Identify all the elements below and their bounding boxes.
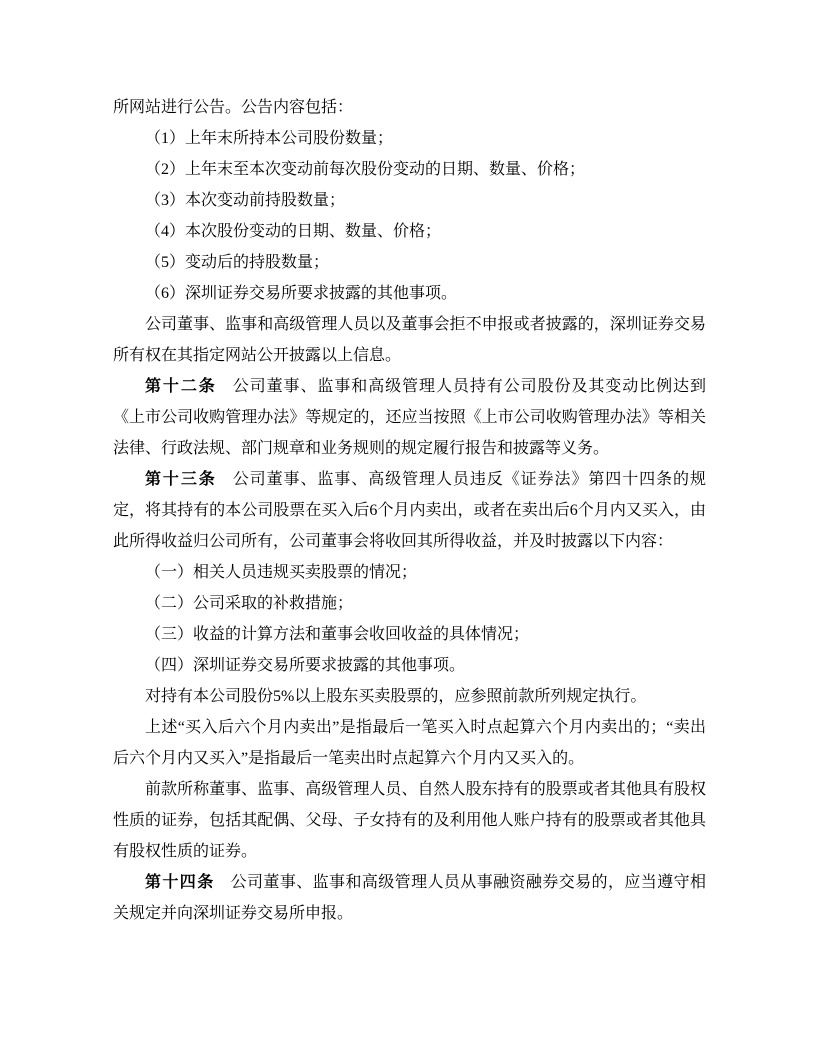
paragraph-text: （3）本次变动前持股数量； [145, 192, 345, 209]
article-number: 第十三条 [145, 471, 217, 488]
paragraph-text: （四）深圳证券交易所要求披露的其他事项。 [145, 657, 465, 674]
paragraph: （5）变动后的持股数量； [113, 247, 706, 278]
paragraph-text: （6）深圳证券交易所要求披露的其他事项。 [145, 285, 457, 302]
paragraph-text: （三）收益的计算方法和董事会收回收益的具体情况； [145, 626, 529, 643]
paragraph: 第十四条公司董事、监事和高级管理人员从事融资融券交易的，应当遵守相关规定并向深圳… [113, 867, 706, 929]
paragraph-text: 前款所称董事、监事、高级管理人员、自然人股东持有的股票或者其他具有股权性质的证券… [113, 781, 706, 860]
paragraph-text: 对持有本公司股份5%以上股东买卖股票的，应参照前款所列规定执行。 [145, 688, 646, 705]
paragraph: 对持有本公司股份5%以上股东买卖股票的，应参照前款所列规定执行。 [113, 681, 706, 712]
paragraph-text: （4）本次股份变动的日期、数量、价格； [145, 223, 441, 240]
article-number: 第十四条 [145, 874, 215, 891]
paragraph: （四）深圳证券交易所要求披露的其他事项。 [113, 650, 706, 681]
paragraph-text: （二）公司采取的补救措施； [145, 595, 353, 612]
paragraph: 第十三条公司董事、监事、高级管理人员违反《证券法》第四十四条的规定，将其持有的本… [113, 464, 706, 557]
paragraph: 上述“买入后六个月内卖出”是指最后一笔买入时点起算六个月内卖出的；“卖出后六个月… [113, 712, 706, 774]
paragraph: （3）本次变动前持股数量； [113, 185, 706, 216]
paragraph-text: 所网站进行公告。公告内容包括： [113, 99, 353, 116]
paragraph: 公司董事、监事和高级管理人员以及董事会拒不申报或者披露的，深圳证券交易所有权在其… [113, 309, 706, 371]
paragraph-text: （2）上年末至本次变动前每次股份变动的日期、数量、价格； [145, 161, 585, 178]
paragraph-text: （5）变动后的持股数量； [145, 254, 329, 271]
paragraph: （三）收益的计算方法和董事会收回收益的具体情况； [113, 619, 706, 650]
paragraph-text: 公司董事、监事和高级管理人员以及董事会拒不申报或者披露的，深圳证券交易所有权在其… [113, 316, 706, 364]
paragraph: （6）深圳证券交易所要求披露的其他事项。 [113, 278, 706, 309]
document-page: 所网站进行公告。公告内容包括：（1）上年末所持本公司股份数量；（2）上年末至本次… [0, 0, 816, 1056]
paragraph-text: 上述“买入后六个月内卖出”是指最后一笔买入时点起算六个月内卖出的；“卖出后六个月… [113, 719, 706, 767]
paragraph: （1）上年末所持本公司股份数量； [113, 123, 706, 154]
document-body: 所网站进行公告。公告内容包括：（1）上年末所持本公司股份数量；（2）上年末至本次… [113, 92, 706, 929]
paragraph: 所网站进行公告。公告内容包括： [113, 92, 706, 123]
article-number: 第十二条 [145, 378, 217, 395]
paragraph-text: （一）相关人员违规买卖股票的情况； [145, 564, 417, 581]
paragraph: 前款所称董事、监事、高级管理人员、自然人股东持有的股票或者其他具有股权性质的证券… [113, 774, 706, 867]
paragraph: 第十二条公司董事、监事和高级管理人员持有公司股份及其变动比例达到《上市公司收购管… [113, 371, 706, 464]
paragraph-text: （1）上年末所持本公司股份数量； [145, 130, 393, 147]
paragraph: （4）本次股份变动的日期、数量、价格； [113, 216, 706, 247]
paragraph: （一）相关人员违规买卖股票的情况； [113, 557, 706, 588]
paragraph: （2）上年末至本次变动前每次股份变动的日期、数量、价格； [113, 154, 706, 185]
paragraph: （二）公司采取的补救措施； [113, 588, 706, 619]
